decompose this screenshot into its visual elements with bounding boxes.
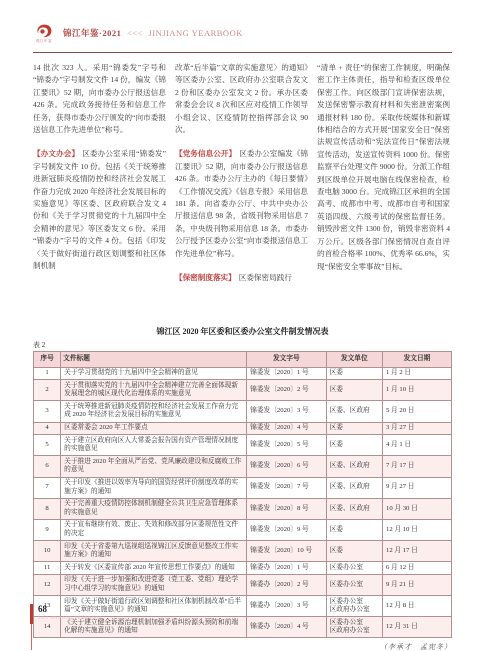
text-column-1: 14 批次 323 人。采用“锦委发”字号和“锦委办”字号制发文件 14 份，编… xyxy=(33,62,166,285)
documents-table: 序号文件标题发文字号发文单位发文日期 1关于学习贯彻党的十九届四中全会精神的意见… xyxy=(33,351,452,638)
cell-no: 3 xyxy=(34,401,61,422)
cell-date: 4 月 1 日 xyxy=(383,435,452,456)
cell-doc_no: 锦委发〔2020〕1 号 xyxy=(247,367,326,380)
cell-date: 7 月 17 日 xyxy=(383,456,452,477)
article-columns: 14 批次 323 人。采用“锦委发”字号和“锦委办”字号制发文件 14 份，编… xyxy=(33,62,452,285)
cell-no: 8 xyxy=(34,498,61,519)
cell-unit: 区委 xyxy=(326,367,382,380)
cell-unit: 区委、区政府 xyxy=(326,456,382,477)
table-section: 锦江区 2020 年区委和区委办公室文件制发情况表 表 2 序号文件标题发文字号… xyxy=(33,326,452,651)
cell-date: 12 月 10 日 xyxy=(383,519,452,540)
column-header: 文件标题 xyxy=(61,352,247,368)
paragraph: 【党务信息公开】区委办公室编发《锦江要讯》52 期，向市委办公厅报送信息 426… xyxy=(175,148,308,260)
table-title: 锦江区 2020 年区委和区委办公室文件制发情况表 xyxy=(33,326,452,337)
cell-no: 2 xyxy=(34,380,61,401)
column-header: 发文日期 xyxy=(383,352,452,368)
cell-no: 9 xyxy=(34,519,61,540)
cell-date: 12 月 8 日 xyxy=(383,596,452,617)
cell-doc_no: 锦委发〔2020〕2 号 xyxy=(247,380,326,401)
cell-unit: 区委办公室 xyxy=(326,574,382,595)
column-header: 发文字号 xyxy=(247,352,326,368)
cell-unit: 区委 xyxy=(326,435,382,456)
cell-title: 关于统筹推进新冠肺炎疫情防控和经济社会发展工作奋力完成 2020 年经济社会发展… xyxy=(61,401,247,422)
paragraph: 14 批次 323 人。采用“锦委发”字号和“锦委办”字号制发文件 14 份，编… xyxy=(33,62,166,136)
cell-no: 10 xyxy=(34,541,61,562)
column-header: 序号 xyxy=(34,352,61,368)
cell-title: 关于转发《区委宣传部 2020 年宣传思想工作要点》的通知 xyxy=(61,562,247,575)
cell-title: 关于建立区政府向区人大常委会报告国有资产管理情况制度的实施意见 xyxy=(61,435,247,456)
cell-title: 关于完善重大疫情防控体制机制健全公共卫生应急管理体系的实施意见 xyxy=(61,498,247,519)
cell-unit: 区委办公室 xyxy=(326,562,382,575)
cell-no: 6 xyxy=(34,456,61,477)
table-row: 2关于贯彻落实党的十九届四中全会精神建立完善全面体现新发展理念的城区现代化治理体… xyxy=(34,380,452,401)
cell-unit: 区委办公室 区政府办公室 xyxy=(326,617,382,638)
column-header: 发文单位 xyxy=(326,352,382,368)
cell-no: 11 xyxy=(34,562,61,575)
cell-unit: 区委、区政府 xyxy=(326,498,382,519)
cell-unit: 区委 xyxy=(326,519,382,540)
paragraph: 【办文办会】区委办公室采用“锦委发”字号制发文件 10 份。包括《关于统筹推进新… xyxy=(33,148,166,272)
logo-caption: 锦江年鉴 xyxy=(36,39,52,43)
cell-date: 9 月 27 日 xyxy=(383,477,452,498)
yearbook-logo-icon: 锦江年鉴 xyxy=(33,24,55,48)
table-row: 10印发《关于省委第九巡视组巡视锦江区反馈意见整改工作实施方案》的通知锦委发〔2… xyxy=(34,541,452,562)
cell-unit: 区委 xyxy=(326,380,382,401)
cell-title: 关于学习贯彻党的十九届四中全会精神的意见 xyxy=(61,367,247,380)
table-row: 5关于建立区政府向区人大常委会报告国有资产管理情况制度的实施意见锦委发〔2020… xyxy=(34,435,452,456)
table-row: 11关于转发《区委宣传部 2020 年宣传思想工作要点》的通知锦委办〔2020〕… xyxy=(34,562,452,575)
cell-doc_no: 锦委办〔2020〕3 号 xyxy=(247,596,326,617)
paragraph: 【保密制度落实】区委保密局践行 xyxy=(175,272,308,284)
cell-no: 1 xyxy=(34,367,61,380)
cell-title: 关于推进 2020 年全面从严治党、党风廉政建设和反腐败工作的意见 xyxy=(61,456,247,477)
section-heading: 【保密制度落实】 xyxy=(175,273,236,282)
cell-date: 6 月 12 日 xyxy=(383,562,452,575)
cell-unit: 区委办公室 区政府办公室 xyxy=(326,596,382,617)
header-title-en: JINJIANG YEARBOOK xyxy=(148,28,242,38)
cell-date: 12 月 31 日 xyxy=(383,617,452,638)
cell-title: 印发《关于省委第九巡视组巡视锦江区反馈意见整改工作实施方案》的通知 xyxy=(61,541,247,562)
table-row: 7关于印发《推进以效率为导向的国资经营评价制度改革的实施方案》的通知锦委发〔20… xyxy=(34,477,452,498)
footer-text: 68 2021 JINJIANG YEARBOOK xyxy=(38,604,102,624)
cell-unit: 区委 xyxy=(326,422,382,435)
yearbook-page: 锦江年鉴 锦江年鉴·2021 <<< JINJIANG YEARBOOK 14 … xyxy=(0,0,480,651)
table-row: 6关于推进 2020 年全面从严治党、党风廉政建设和反腐败工作的意见锦委发〔20… xyxy=(34,456,452,477)
cell-doc_no: 锦委发〔2020〕6 号 xyxy=(247,456,326,477)
table-row: 8关于完善重大疫情防控体制机制健全公共卫生应急管理体系的实施意见锦委发〔2020… xyxy=(34,498,452,519)
cell-no: 5 xyxy=(34,435,61,456)
cell-title: 关于宣布继续有效、废止、失效和修改部分区委规范性文件的决定 xyxy=(61,519,247,540)
cell-doc_no: 锦委办〔2020〕4 号 xyxy=(247,617,326,638)
table-row: 1关于学习贯彻党的十九届四中全会精神的意见锦委发〔2020〕1 号区委1 月 2… xyxy=(34,367,452,380)
documents-table-head: 序号文件标题发文字号发文单位发文日期 xyxy=(34,352,452,368)
text-column-3: “清单 + 责任”的保密工作制度，明确保密工作主体责任，指导和检查区级单位保密工… xyxy=(317,62,450,285)
cell-title: 区委常委会 2020 年工作要点 xyxy=(61,422,247,435)
section-heading: 【办文办会】 xyxy=(33,149,79,158)
cell-date: 5 月 20 日 xyxy=(383,401,452,422)
cell-date: 9 月 21 日 xyxy=(383,574,452,595)
paragraph: “清单 + 责任”的保密工作制度，明确保密工作主体责任，指导和检查区级单位保密工… xyxy=(317,62,450,273)
table-label: 表 2 xyxy=(33,340,452,350)
cell-doc_no: 锦委发〔2020〕7 号 xyxy=(247,477,326,498)
cell-date: 10 月 30 日 xyxy=(383,498,452,519)
documents-table-body: 1关于学习贯彻党的十九届四中全会精神的意见锦委发〔2020〕1 号区委1 月 2… xyxy=(34,367,452,638)
table-header-row: 序号文件标题发文字号发文单位发文日期 xyxy=(34,352,452,368)
cell-doc_no: 锦委办〔2020〕2 号 xyxy=(247,574,326,595)
cell-no: 12 xyxy=(34,574,61,595)
cell-doc_no: 锦委发〔2020〕4 号 xyxy=(247,422,326,435)
cell-date: 12 月 17 日 xyxy=(383,541,452,562)
cell-doc_no: 锦委发〔2020〕9 号 xyxy=(247,519,326,540)
cell-title: 印发《关于进一步加强和改进党委（党工委、党组）理论学习中心组学习的实施意见》的通… xyxy=(61,574,247,595)
page-header: 锦江年鉴 锦江年鉴·2021 <<< JINJIANG YEARBOOK xyxy=(33,24,452,53)
page-number: 68 xyxy=(38,604,102,614)
table-row: 3关于统筹推进新冠肺炎疫情防控和经济社会发展工作奋力完成 2020 年经济社会发… xyxy=(34,401,452,422)
cell-doc_no: 锦委发〔2020〕3 号 xyxy=(247,401,326,422)
swirl-logo-icon xyxy=(36,24,53,39)
cell-no: 4 xyxy=(34,422,61,435)
cell-title: 关于印发《推进以效率为导向的国资经营评价制度改革的实施方案》的通知 xyxy=(61,477,247,498)
table-row: 12印发《关于进一步加强和改进党委（党工委、党组）理论学习中心组学习的实施意见》… xyxy=(34,574,452,595)
cell-date: 1 月 2 日 xyxy=(383,367,452,380)
cell-unit: 区委 xyxy=(326,541,382,562)
page-footer: 68 2021 JINJIANG YEARBOOK xyxy=(30,604,102,624)
cell-unit: 区委、区政府 xyxy=(326,401,382,422)
cell-title: 关于贯彻落实党的十九届四中全会精神建立完善全面体现新发展理念的城区现代化治理体系… xyxy=(61,380,247,401)
footer-red-bar xyxy=(30,604,33,624)
section-heading: 【党务信息公开】 xyxy=(175,149,236,158)
footer-caption: 2021 JINJIANG YEARBOOK xyxy=(38,614,102,621)
cell-unit: 区委、区政府 xyxy=(326,477,382,498)
cell-no: 7 xyxy=(34,477,61,498)
cell-doc_no: 锦委发〔2020〕10 号 xyxy=(247,541,326,562)
header-title: 锦江年鉴·2021 <<< JINJIANG YEARBOOK xyxy=(63,24,243,38)
cell-doc_no: 锦委办〔2020〕1 号 xyxy=(247,562,326,575)
cell-doc_no: 锦委发〔2020〕5 号 xyxy=(247,435,326,456)
header-arrows: <<< xyxy=(127,28,143,38)
text-column-2: 改革“后半篇”文章的实施意见〉的通知》等区委办公室、区政府办公室联合发文 2 份… xyxy=(175,62,308,285)
author-signature: （李承才 孟宪冬） xyxy=(33,642,452,651)
cell-date: 1 月 10 日 xyxy=(383,380,452,401)
cell-date: 3 月 27 日 xyxy=(383,422,452,435)
table-row: 9关于宣布继续有效、废止、失效和修改部分区委规范性文件的决定锦委发〔2020〕9… xyxy=(34,519,452,540)
paragraph: 改革“后半篇”文章的实施意见〉的通知》等区委办公室、区政府办公室联合发文 2 份… xyxy=(175,62,308,136)
header-title-zh: 锦江年鉴·2021 xyxy=(63,28,121,38)
cell-doc_no: 锦委发〔2020〕8 号 xyxy=(247,498,326,519)
table-row: 4区委常委会 2020 年工作要点锦委发〔2020〕4 号区委3 月 27 日 xyxy=(34,422,452,435)
